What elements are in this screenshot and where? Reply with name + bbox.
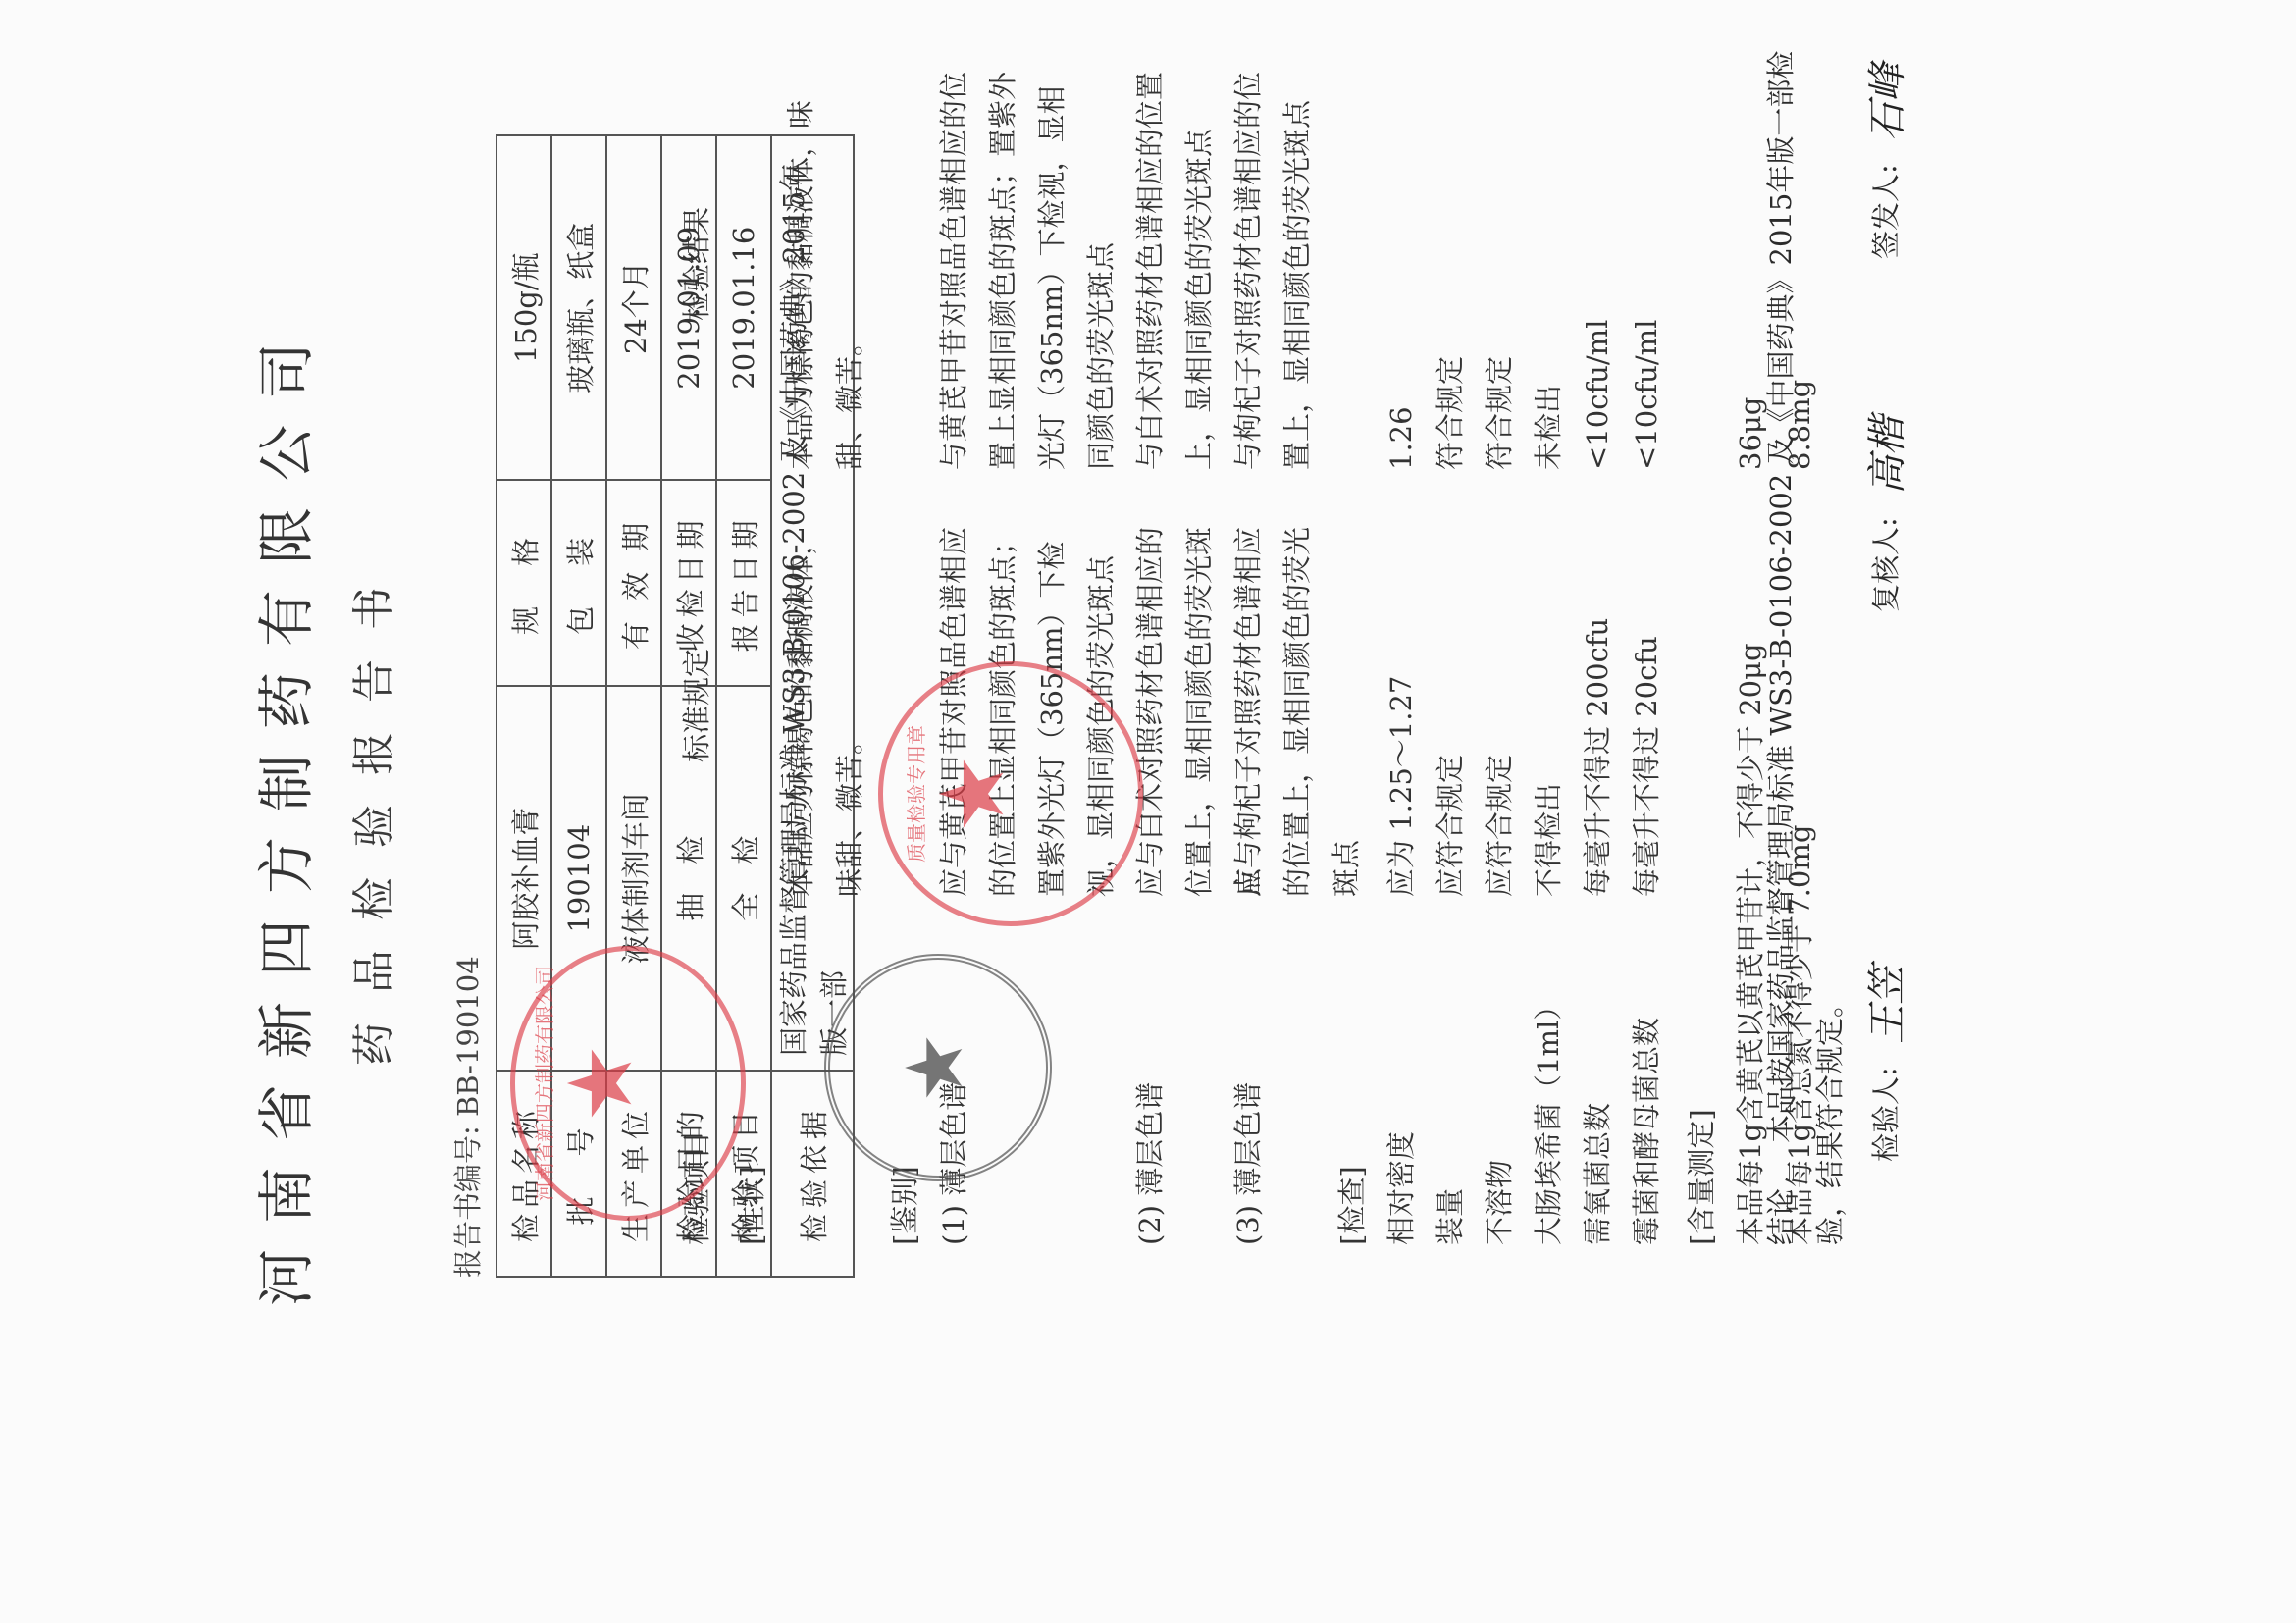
result-item: (3) 薄层色谱: [1224, 1082, 1273, 1245]
result-result: 未检出: [1524, 58, 1573, 470]
report-number-value: BB-190104: [451, 956, 485, 1117]
approver-label: 签发人:: [1864, 164, 1905, 259]
result-item: 霉菌和酵母菌总数: [1622, 1018, 1671, 1245]
result-row: 装量应符合规定符合规定: [1426, 68, 1475, 1245]
section-title: [检查]: [1328, 68, 1377, 1245]
result-row: 需氧菌总数每毫升不得过 200cfu<10cfu/ml: [1573, 68, 1622, 1245]
spec-label: 规 格: [496, 480, 551, 686]
result-row: (2) 薄层色谱应与白术对照药材色谱相应的位置上，显相同颜色的荧光斑点与白术对照…: [1125, 68, 1224, 1245]
result-standard: 应符合规定: [1475, 514, 1524, 897]
star-icon: ★: [889, 960, 980, 1176]
receipt-stamp: ★: [824, 954, 1052, 1181]
company-name: 河南省新四方制药有限公司: [240, 0, 323, 1623]
result-standard: 不得检出: [1524, 514, 1573, 897]
star-icon: ★: [929, 666, 1018, 921]
result-result: 本品为棕褐色的黏稠液体，味甜、微苦。: [776, 58, 874, 470]
approver-signature: 石峰: [1856, 63, 1912, 141]
qc-seal-stamp: 质量检验专用章 ★: [878, 661, 1143, 926]
inspector-signature: 王笠: [1856, 966, 1912, 1044]
result-row: 霉菌和酵母菌总数每毫升不得过 20cfu<10cfu/ml: [1622, 68, 1671, 1245]
package-value: 玻璃瓶、纸盒: [551, 135, 606, 480]
section-title-text: [性状]: [727, 1166, 776, 1245]
result-result: 与枸杞子对照药材色谱相应的位置上，显相同颜色的荧光斑点: [1224, 58, 1322, 470]
result-item: 需氧菌总数: [1573, 1103, 1622, 1245]
validity-value: 24个月: [606, 135, 661, 480]
validity-label: 有 效 期: [606, 480, 661, 686]
conclusion-label: 结论: [1764, 1188, 1798, 1245]
reviewer-signature: 高楷: [1856, 416, 1912, 495]
company-seal-stamp: 河南省新四方制药有限公司 ★: [510, 946, 746, 1221]
section-title-text: [含量测定]: [1677, 1109, 1726, 1245]
result-row: 大肠埃希菌（1ml）不得检出未检出: [1524, 68, 1573, 1245]
result-item: 大肠埃希菌（1ml）: [1524, 992, 1573, 1245]
report-page: 河南省新四方制药有限公司 药品检验报告书 报告书编号: BB-190104 检品…: [0, 0, 2296, 1623]
document-title: 药品检验报告书: [339, 0, 401, 1623]
result-standard: 每毫升不得过 20cfu: [1622, 514, 1671, 897]
reviewer-label: 复核人:: [1864, 517, 1905, 612]
result-item: (2) 薄层色谱: [1125, 1082, 1174, 1245]
conclusion: 结论 本品按国家药品监督管理局标准 WS3-B-0106-2002 及《中国药典…: [1756, 19, 1854, 1245]
spec-value: 150g/瓶: [496, 135, 551, 480]
result-item: 不溶物: [1475, 1160, 1524, 1245]
result-result: 符合规定: [1475, 58, 1524, 470]
conclusion-text: 本品按国家药品监督管理局标准 WS3-B-0106-2002 及《中国药典》20…: [1764, 51, 1847, 1245]
result-standard: 本品应为棕褐色的黏稠液体，味甜、微苦。: [776, 514, 874, 897]
result-standard: 应符合规定: [1426, 514, 1475, 897]
col-result-header: 检验结果: [672, 58, 721, 470]
result-row: 相对密度应为 1.25～1.271.26: [1377, 68, 1426, 1245]
result-result: 符合规定: [1426, 58, 1475, 470]
section-title-text: [检查]: [1328, 1166, 1377, 1245]
inspector-label: 检验人:: [1864, 1067, 1905, 1162]
result-result: 与黄芪甲苷对照品色谱相应的位置上显相同颜色的斑点；置紫外光灯（365nm）下检视…: [929, 58, 1125, 470]
result-standard: 应为 1.25～1.27: [1377, 514, 1426, 897]
result-result: <10cfu/ml: [1622, 58, 1671, 470]
result-row: (3) 薄层色谱应与枸杞子对照药材色谱相应的位置上，显相同颜色的荧光斑点与枸杞子…: [1224, 68, 1322, 1245]
col-standard-header: 标准规定: [672, 514, 721, 897]
result-item: 装量: [1426, 1188, 1475, 1245]
result-item: 相对密度: [1377, 1131, 1426, 1245]
star-icon: ★: [557, 951, 646, 1216]
result-standard: 每毫升不得过 200cfu: [1573, 514, 1622, 897]
section-title: [含量测定]: [1677, 68, 1726, 1245]
result-result: 1.26: [1377, 58, 1426, 470]
result-row: 不溶物应符合规定符合规定: [1475, 68, 1524, 1245]
result-result: 与白术对照药材色谱相应的位置上，显相同颜色的荧光斑点: [1125, 58, 1224, 470]
report-number-label: 报告书编号:: [451, 1126, 485, 1278]
result-result: <10cfu/ml: [1573, 58, 1622, 470]
report-number: 报告书编号: BB-190104: [446, 956, 487, 1278]
package-label: 包 装: [551, 480, 606, 686]
